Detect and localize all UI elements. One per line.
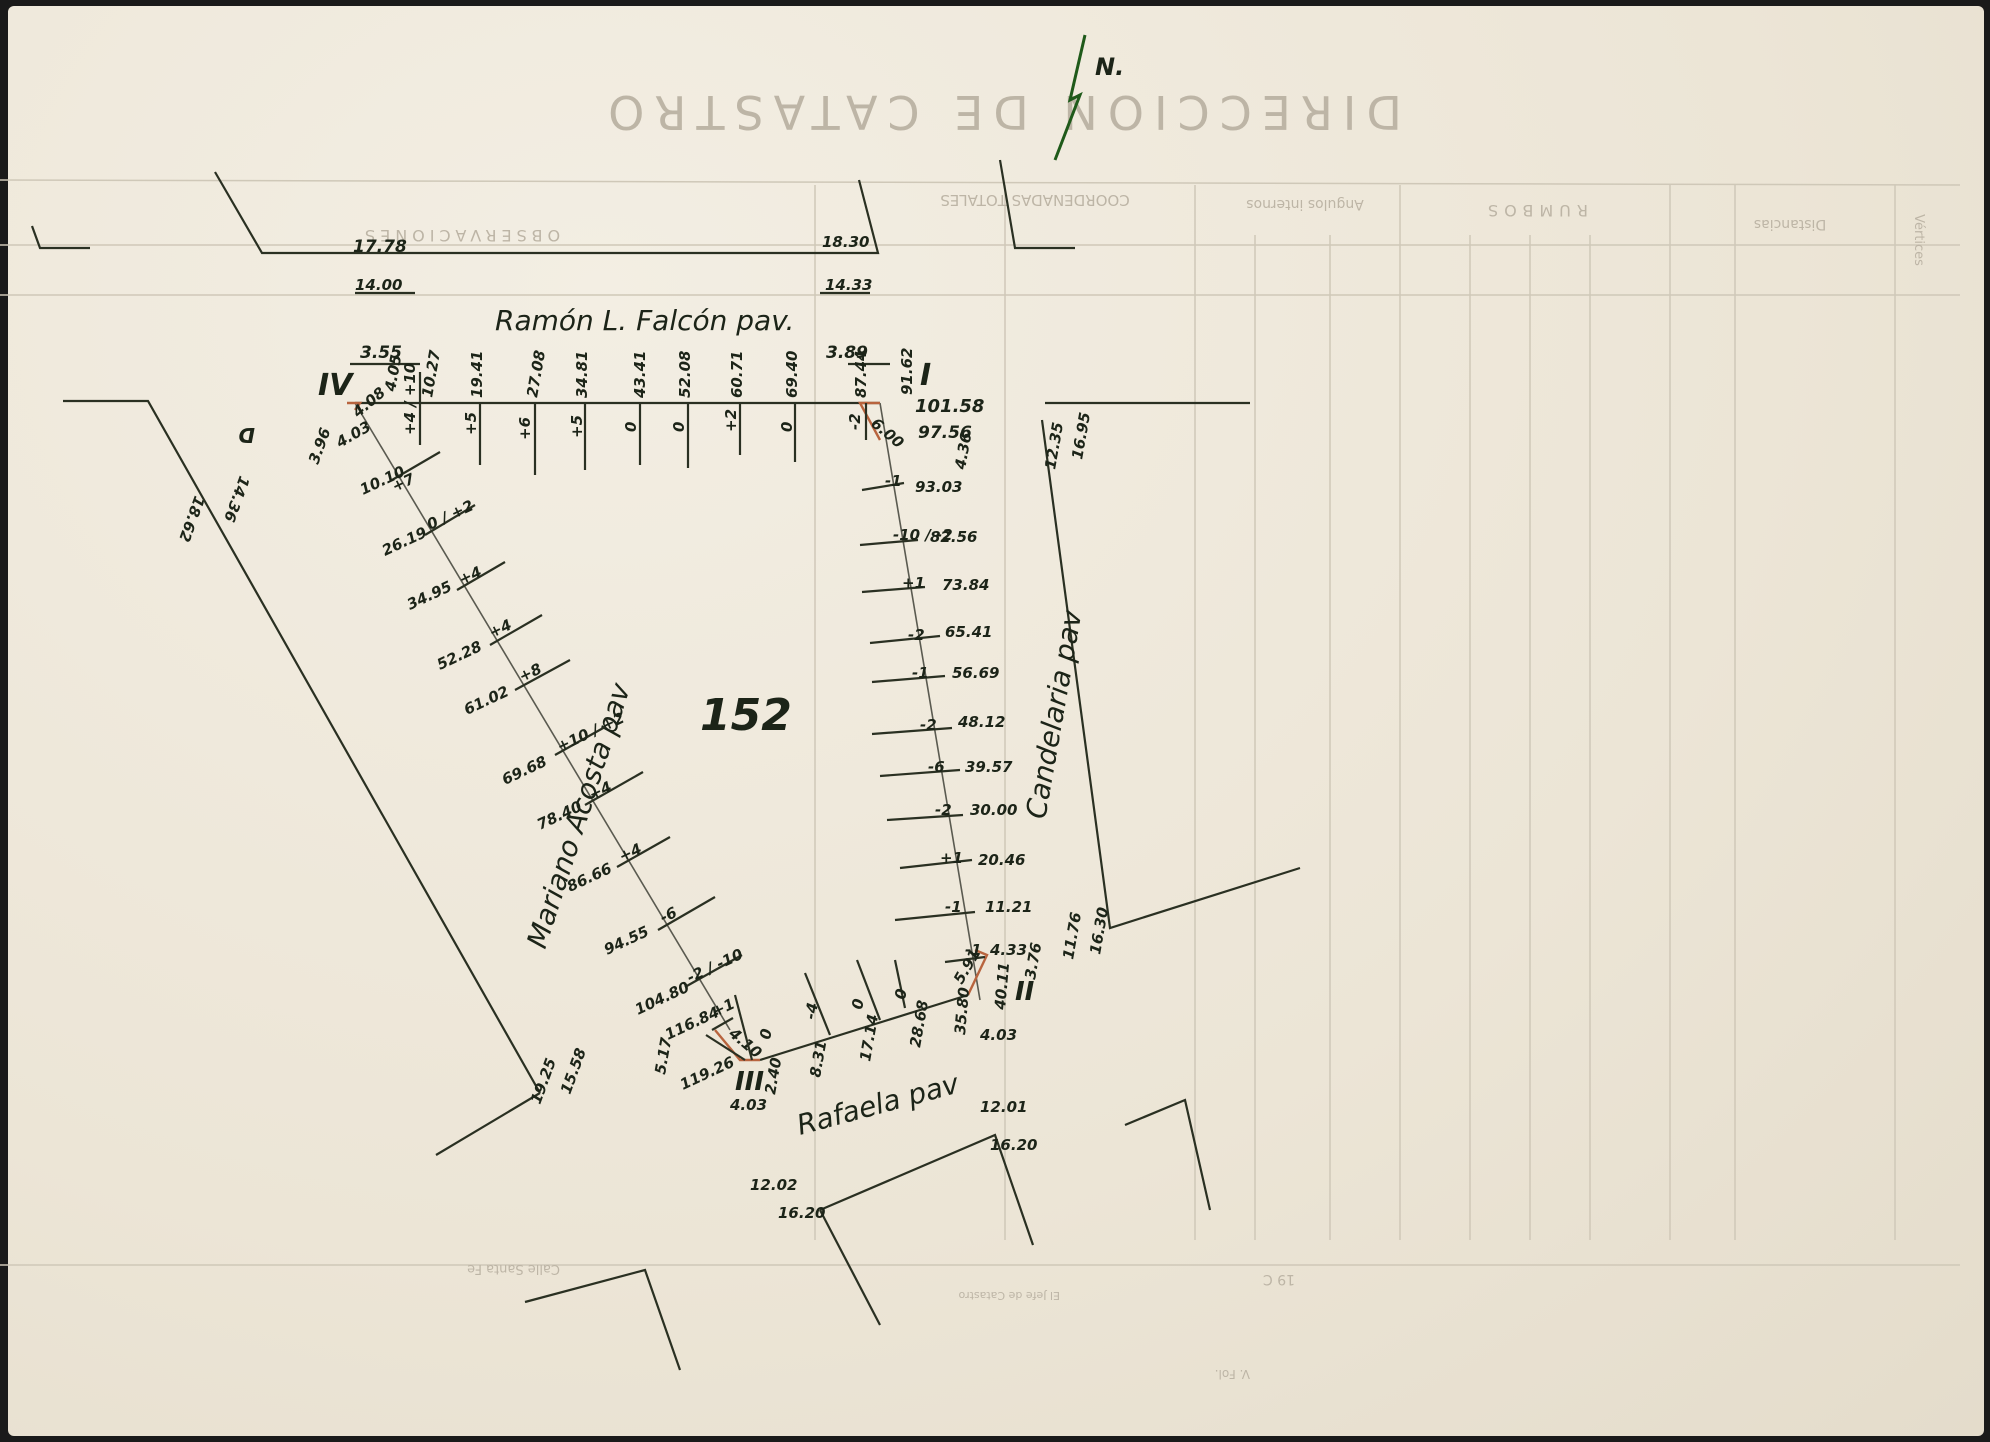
svg-text:+5: +5 bbox=[568, 415, 586, 438]
svg-text:94.55: 94.55 bbox=[601, 922, 652, 958]
svg-text:10.27: 10.27 bbox=[418, 348, 444, 398]
vertex-III: III bbox=[735, 1067, 764, 1097]
svg-text:+1: +1 bbox=[940, 849, 963, 867]
col-coordenadas: COORDENADAS TOTALES bbox=[940, 191, 1129, 209]
svg-text:69.68: 69.68 bbox=[499, 752, 550, 788]
svg-text:56.69: 56.69 bbox=[952, 664, 999, 682]
svg-text:-2: -2 bbox=[846, 413, 864, 430]
svg-text:14.00: 14.00 bbox=[355, 276, 402, 294]
svg-text:16.30: 16.30 bbox=[1086, 906, 1112, 956]
svg-text:+8: +8 bbox=[516, 660, 544, 686]
svg-text:119.26: 119.26 bbox=[677, 1053, 737, 1094]
svg-text:52.28: 52.28 bbox=[434, 637, 485, 673]
footer-text-3: 19 C bbox=[1263, 1271, 1295, 1287]
svg-text:0 / +2: 0 / +2 bbox=[424, 496, 476, 533]
svg-text:14.33: 14.33 bbox=[825, 276, 872, 294]
svg-text:16.95: 16.95 bbox=[1068, 411, 1094, 461]
svg-text:73.84: 73.84 bbox=[942, 576, 989, 594]
svg-text:2.40: 2.40 bbox=[761, 1056, 785, 1096]
street-east-label: Candelaria pav bbox=[1019, 607, 1088, 821]
svg-text:3.89: 3.89 bbox=[826, 343, 868, 363]
west-offsets: 10.10 +7 26.19 0 / +2 34.95 +4 52.28 +4 … bbox=[357, 452, 765, 1094]
svg-text:+5: +5 bbox=[462, 412, 480, 435]
col-rumbos: RUMBOS bbox=[1482, 201, 1588, 220]
cadastral-map: DIRECCION DE CATASTRO COORDENADAS TOTALE… bbox=[0, 0, 1990, 1442]
svg-text:101.58: 101.58 bbox=[915, 396, 984, 417]
street-lines bbox=[32, 160, 1300, 1370]
svg-text:43.41: 43.41 bbox=[631, 351, 649, 399]
svg-text:12.01: 12.01 bbox=[980, 1098, 1027, 1116]
form-title: DIRECCION DE CATASTRO bbox=[598, 85, 1402, 139]
svg-text:27.08: 27.08 bbox=[523, 349, 549, 399]
svg-text:61.02: 61.02 bbox=[461, 682, 512, 718]
north-offset-labels: 3.55 4.05 4.08 4.03 10.27 19.41 27.08 34… bbox=[332, 343, 984, 452]
svg-text:+4: +4 bbox=[456, 563, 484, 589]
svg-text:52.08: 52.08 bbox=[676, 351, 694, 398]
col-vertices: Vértices bbox=[1911, 214, 1926, 266]
footer-text-2: El Jefe de Catastro bbox=[958, 1289, 1060, 1302]
svg-text:0: 0 bbox=[891, 987, 911, 1000]
svg-text:16.20: 16.20 bbox=[778, 1204, 825, 1222]
svg-text:4.03: 4.03 bbox=[729, 1096, 767, 1114]
svg-text:-2: -2 bbox=[920, 716, 937, 734]
svg-text:17.78: 17.78 bbox=[353, 237, 407, 257]
svg-text:+4: +4 bbox=[486, 616, 514, 642]
street-north-label: Ramón L. Falcón pav. bbox=[495, 304, 794, 337]
svg-text:0: 0 bbox=[670, 422, 688, 432]
svg-text:69.40: 69.40 bbox=[783, 351, 801, 398]
svg-text:12.02: 12.02 bbox=[750, 1176, 797, 1194]
svg-text:34.95: 34.95 bbox=[404, 577, 455, 613]
svg-text:3.96: 3.96 bbox=[305, 425, 335, 466]
svg-text:28.68: 28.68 bbox=[906, 999, 932, 1049]
svg-text:26.19: 26.19 bbox=[379, 523, 430, 559]
svg-text:D: D bbox=[238, 423, 255, 447]
svg-text:48.12: 48.12 bbox=[957, 713, 1005, 731]
svg-text:5.91: 5.91 bbox=[950, 946, 984, 987]
svg-text:18.62: 18.62 bbox=[175, 494, 208, 545]
svg-text:-2 / -10: -2 / -10 bbox=[684, 945, 746, 987]
svg-text:19.41: 19.41 bbox=[468, 351, 486, 398]
block-number: 152 bbox=[700, 690, 792, 741]
svg-text:+4 / +10: +4 / +10 bbox=[401, 363, 419, 435]
svg-text:0: 0 bbox=[778, 422, 796, 432]
svg-text:17.14: 17.14 bbox=[856, 1013, 882, 1063]
svg-text:+6: +6 bbox=[516, 417, 534, 440]
svg-text:-6: -6 bbox=[657, 903, 680, 926]
svg-text:4.03: 4.03 bbox=[979, 1026, 1017, 1044]
svg-text:35.80: 35.80 bbox=[951, 987, 973, 1036]
svg-text:0: 0 bbox=[756, 1027, 776, 1040]
svg-text:93.03: 93.03 bbox=[915, 478, 962, 496]
svg-text:104.80: 104.80 bbox=[632, 978, 692, 1019]
svg-text:30.00: 30.00 bbox=[970, 801, 1017, 819]
svg-text:4.03: 4.03 bbox=[332, 417, 374, 452]
svg-text:-4: -4 bbox=[801, 1001, 822, 1021]
svg-text:+1: +1 bbox=[902, 574, 925, 592]
svg-text:14.36: 14.36 bbox=[220, 474, 253, 525]
svg-text:40.11: 40.11 bbox=[991, 962, 1013, 1012]
svg-text:+4: +4 bbox=[616, 840, 644, 866]
svg-text:82.56: 82.56 bbox=[930, 528, 977, 546]
svg-text:+2: +2 bbox=[722, 409, 740, 432]
svg-text:-2: -2 bbox=[935, 801, 952, 819]
svg-text:-6: -6 bbox=[928, 758, 945, 776]
vertex-IV: IV bbox=[318, 368, 355, 403]
svg-text:11.21: 11.21 bbox=[985, 898, 1032, 916]
svg-text:65.41: 65.41 bbox=[945, 623, 992, 641]
footer-text-4: V. Fol. bbox=[1215, 1367, 1250, 1381]
svg-text:0: 0 bbox=[848, 997, 868, 1010]
svg-text:34.81: 34.81 bbox=[573, 351, 591, 398]
svg-text:4.33: 4.33 bbox=[989, 941, 1027, 959]
svg-text:-1: -1 bbox=[912, 664, 929, 682]
svg-text:91.62: 91.62 bbox=[898, 348, 916, 395]
svg-text:-1: -1 bbox=[885, 472, 902, 490]
svg-text:39.57: 39.57 bbox=[965, 758, 1013, 776]
footer-text-1: Calle Santa Fe bbox=[467, 1261, 560, 1276]
svg-text:-2: -2 bbox=[908, 626, 925, 644]
svg-text:11.76: 11.76 bbox=[1059, 911, 1085, 961]
svg-text:12.35: 12.35 bbox=[1041, 421, 1067, 471]
vertex-II: II bbox=[1015, 977, 1035, 1007]
svg-text:60.71: 60.71 bbox=[728, 351, 746, 398]
col-distancias: Distancias bbox=[1754, 216, 1826, 232]
svg-text:15.58: 15.58 bbox=[557, 1046, 590, 1097]
svg-text:0: 0 bbox=[622, 422, 640, 432]
svg-text:20.46: 20.46 bbox=[978, 851, 1025, 869]
svg-text:16.20: 16.20 bbox=[990, 1136, 1037, 1154]
vertex-I: I bbox=[920, 358, 931, 393]
svg-text:-1: -1 bbox=[945, 898, 962, 916]
svg-text:18.30: 18.30 bbox=[822, 233, 869, 251]
svg-text:5.17: 5.17 bbox=[651, 1036, 675, 1076]
col-angulos: Angulos internos bbox=[1246, 196, 1364, 212]
north-label: N. bbox=[1095, 53, 1124, 81]
svg-text:19.25: 19.25 bbox=[527, 1056, 560, 1107]
east-offsets: -1 93.03 -10 / -2 82.56 +1 73.84 -2 65.4… bbox=[860, 472, 1032, 1044]
